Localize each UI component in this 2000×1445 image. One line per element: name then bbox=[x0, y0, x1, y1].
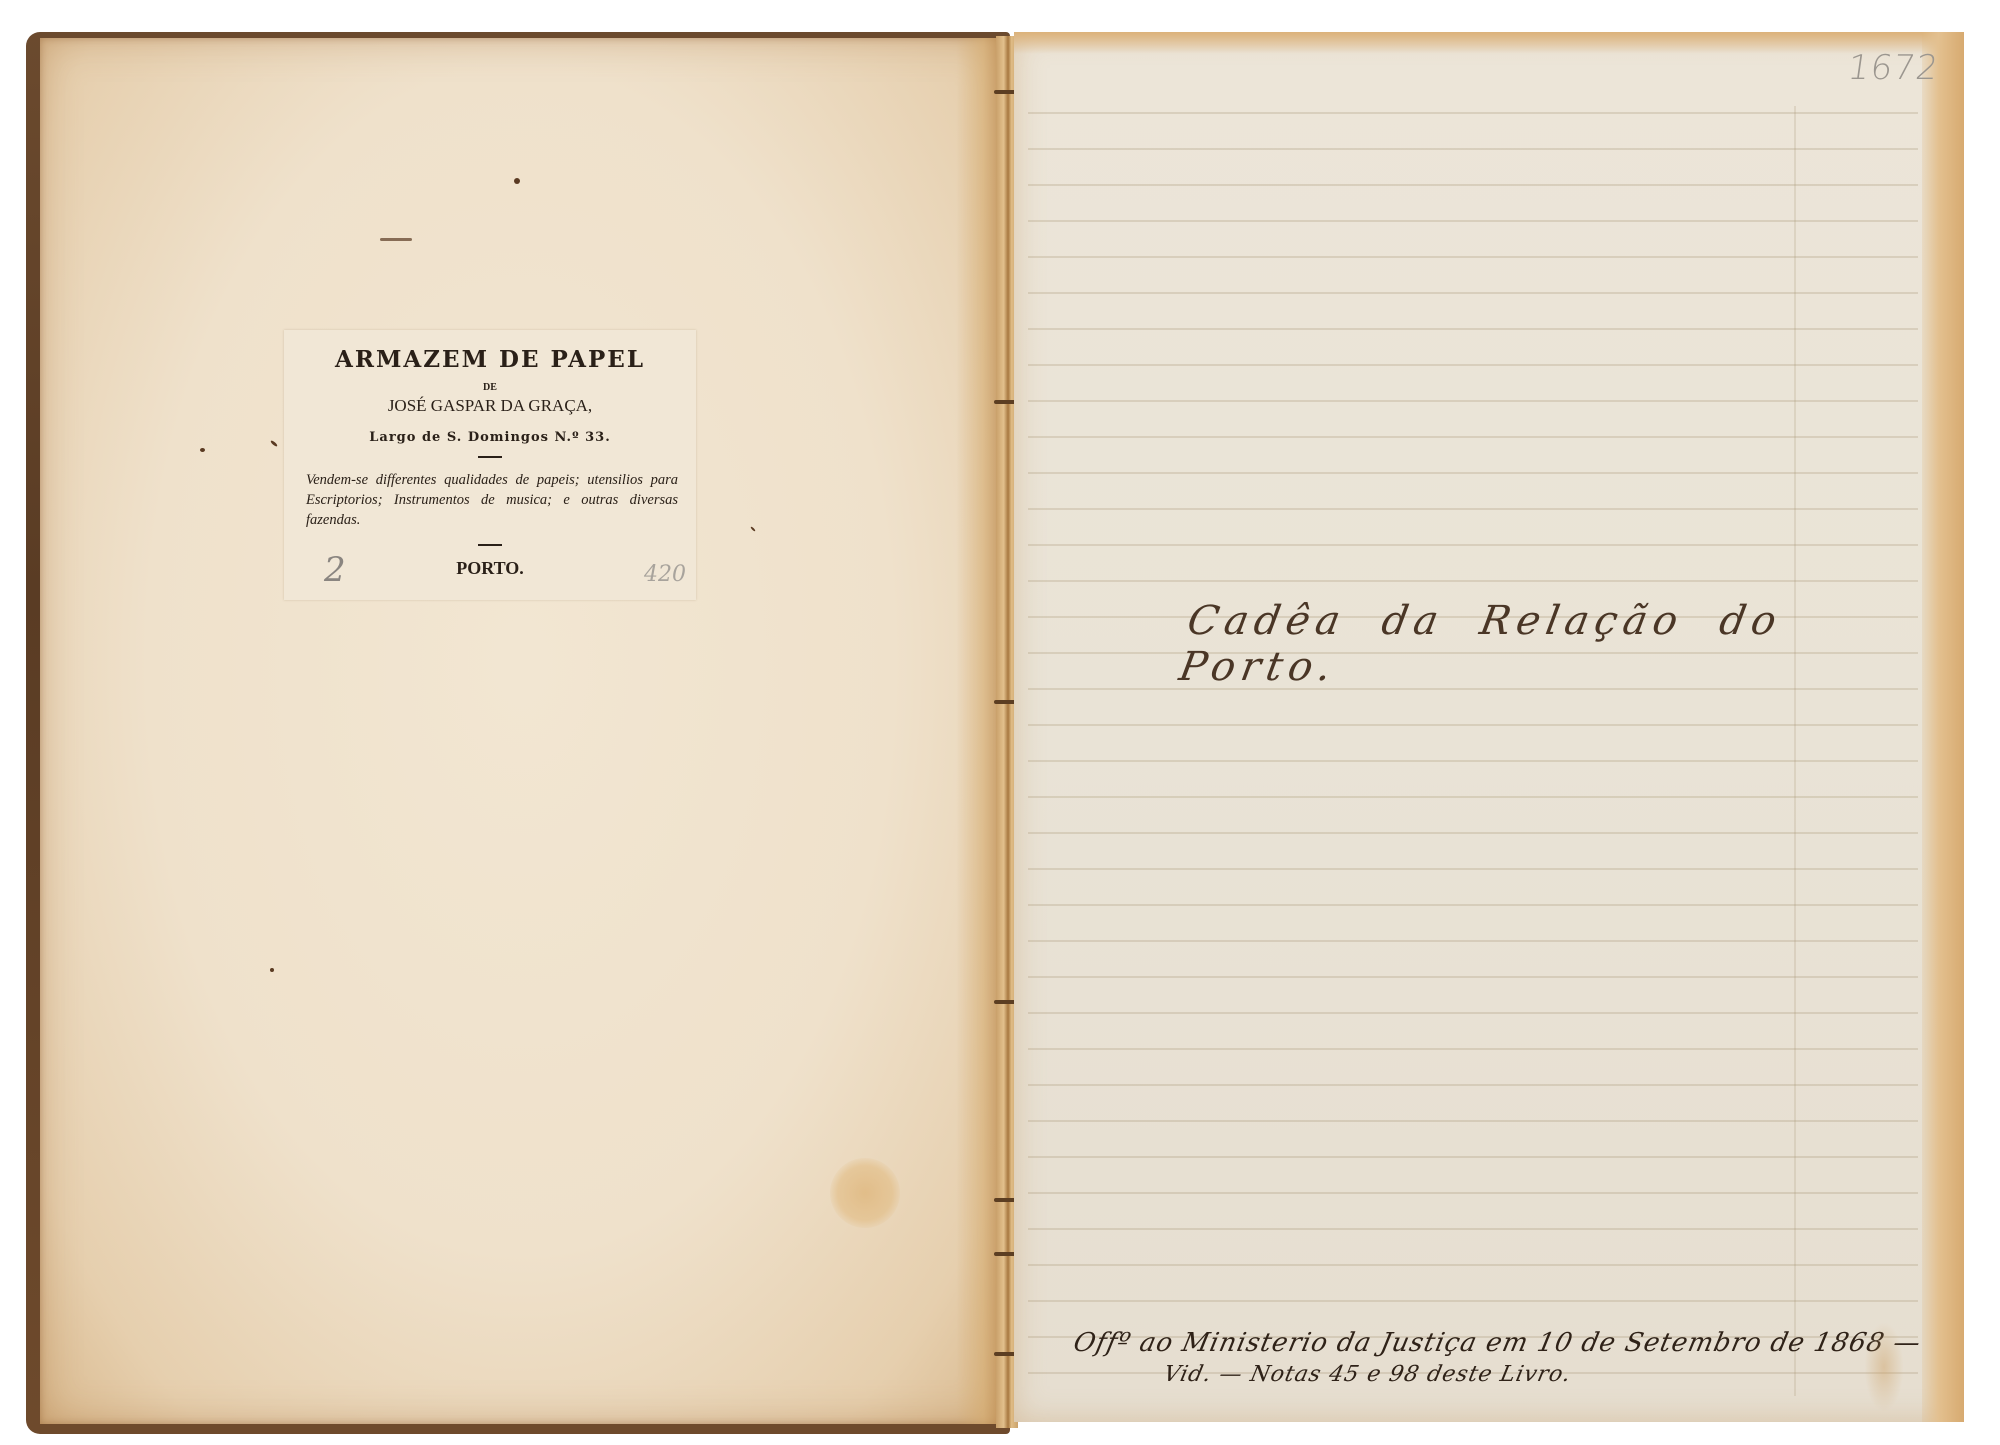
ruled-line bbox=[1028, 1048, 1918, 1050]
binding-stitch bbox=[994, 1198, 1016, 1202]
ruled-line bbox=[1028, 436, 1918, 438]
ruled-line bbox=[1028, 904, 1918, 906]
left-pastedown-page: ARMAZEM DE PAPEL DE JOSÉ GASPAR DA GRAÇA… bbox=[40, 38, 1002, 1424]
ruled-line bbox=[1028, 472, 1918, 474]
label-divider bbox=[478, 544, 502, 546]
foxing-speck bbox=[514, 178, 520, 184]
binding-stitch bbox=[994, 90, 1016, 94]
water-stain bbox=[1864, 1322, 1904, 1412]
top-edge-browning bbox=[1014, 32, 1964, 54]
label-address: Largo de S. Domingos N.º 33. bbox=[284, 430, 696, 445]
pencil-folio-number: 1672 bbox=[1845, 48, 1941, 88]
margin-rule bbox=[1794, 106, 1796, 1396]
binding-stitch bbox=[994, 1352, 1016, 1356]
pencil-number-right: 420 bbox=[644, 562, 686, 587]
ruled-line bbox=[1028, 832, 1918, 834]
ruled-line bbox=[1028, 940, 1918, 942]
ruled-line bbox=[1028, 292, 1918, 294]
ruled-line bbox=[1028, 1264, 1918, 1266]
ruled-line bbox=[1028, 1120, 1918, 1122]
right-ruled-page: 1672 Cadêa da Relação do Porto. Offº ao … bbox=[1014, 32, 1964, 1422]
label-title: ARMAZEM DE PAPEL bbox=[284, 346, 696, 373]
ruled-line bbox=[1028, 1228, 1918, 1230]
ruled-line bbox=[1028, 112, 1918, 114]
ruled-line bbox=[1028, 868, 1918, 870]
ruled-line bbox=[1028, 220, 1918, 222]
binding-stitch bbox=[994, 1000, 1016, 1004]
ruled-line bbox=[1028, 364, 1918, 366]
foxing-speck bbox=[200, 448, 205, 452]
ruled-line bbox=[1028, 1300, 1918, 1302]
water-stain bbox=[830, 1158, 900, 1228]
ruled-line bbox=[1028, 1156, 1918, 1158]
open-ledger: ARMAZEM DE PAPEL DE JOSÉ GASPAR DA GRAÇA… bbox=[0, 0, 2000, 1445]
ruled-line bbox=[1028, 400, 1918, 402]
ruled-line bbox=[1028, 760, 1918, 762]
ruled-line bbox=[1028, 256, 1918, 258]
binding-stitch bbox=[994, 400, 1016, 404]
ruled-line bbox=[1028, 796, 1918, 798]
binding-stitch bbox=[994, 1252, 1016, 1256]
ruled-line bbox=[1028, 1084, 1918, 1086]
label-divider bbox=[478, 456, 502, 458]
ruled-line bbox=[1028, 1012, 1918, 1014]
foxing-speck bbox=[270, 968, 274, 972]
ruled-line bbox=[1028, 580, 1918, 582]
stationer-label: ARMAZEM DE PAPEL DE JOSÉ GASPAR DA GRAÇA… bbox=[284, 330, 696, 600]
foxing-speck bbox=[380, 238, 412, 241]
label-de: DE bbox=[284, 382, 696, 393]
label-merchant-name: JOSÉ GASPAR DA GRAÇA, bbox=[284, 396, 696, 416]
foxing-speck bbox=[750, 526, 756, 532]
binding-stitch bbox=[994, 700, 1016, 704]
ruled-line bbox=[1028, 184, 1918, 186]
foxing-speck bbox=[270, 440, 278, 447]
pencil-number-left: 2 bbox=[324, 550, 346, 590]
ruled-line bbox=[1028, 328, 1918, 330]
handwritten-title: Cadêa da Relação do Porto. bbox=[1176, 598, 1972, 690]
label-description: Vendem-se differentes qualidades de pape… bbox=[306, 470, 678, 530]
handwritten-note-line-2: Vid. — Notas 45 e 98 deste Livro. bbox=[1161, 1362, 1573, 1387]
ruled-line bbox=[1028, 976, 1918, 978]
handwritten-note-line-1: Offº ao Ministerio da Justiça em 10 de S… bbox=[1071, 1328, 1924, 1358]
fore-edge-browning bbox=[1922, 32, 1964, 1422]
ruled-line bbox=[1028, 148, 1918, 150]
ruled-line bbox=[1028, 724, 1918, 726]
ruled-line bbox=[1028, 544, 1918, 546]
ruled-line bbox=[1028, 508, 1918, 510]
ruled-line bbox=[1028, 1192, 1918, 1194]
